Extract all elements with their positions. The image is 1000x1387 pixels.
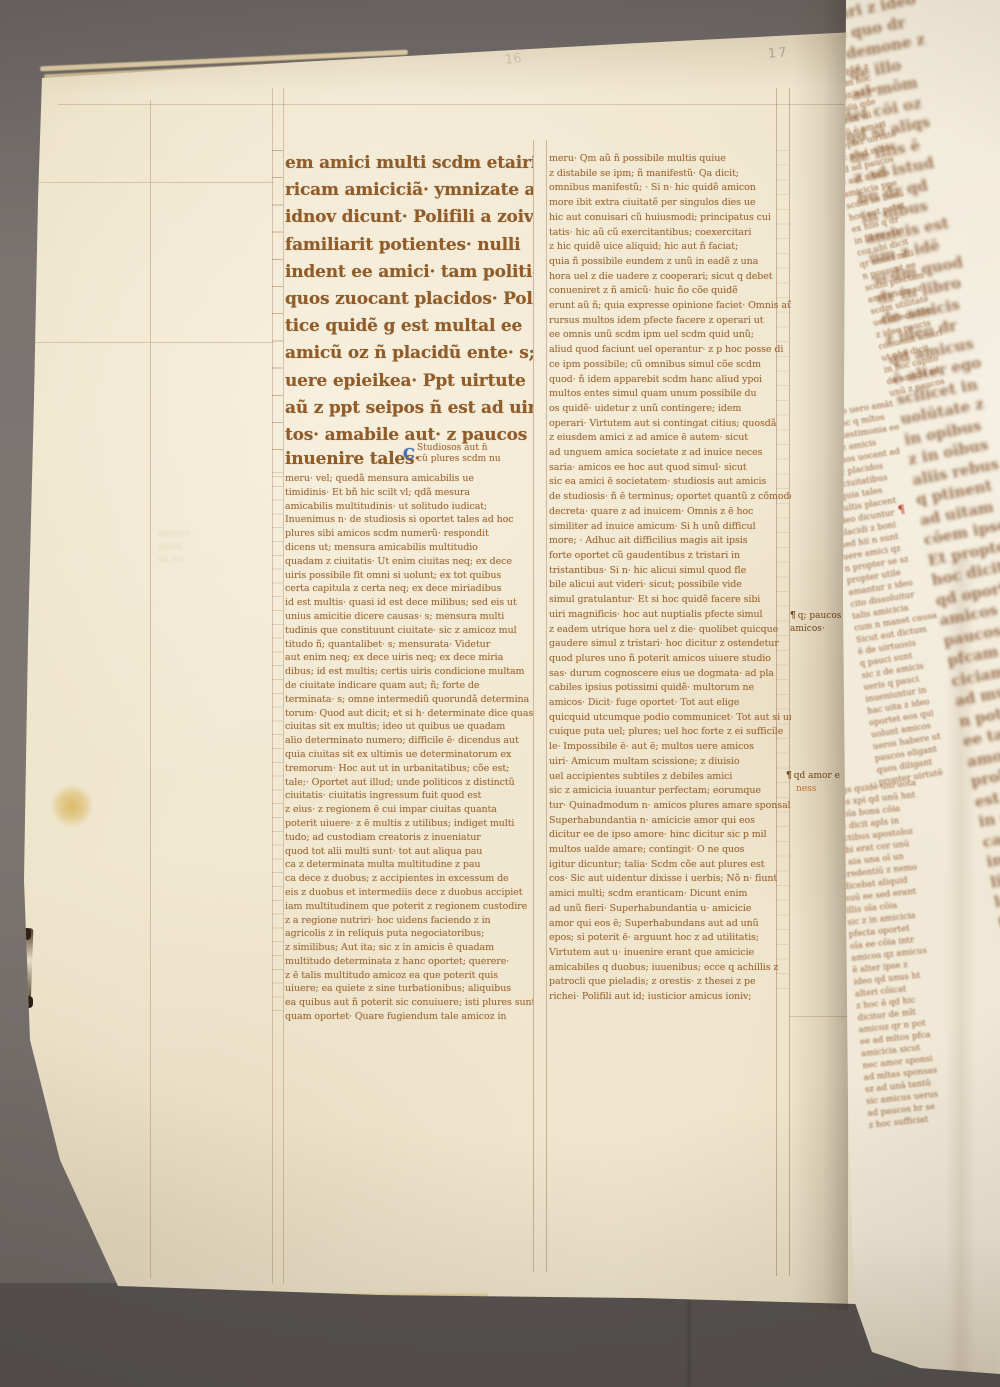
text-line: tristantibus· Si n· hic alicui simul quo… xyxy=(549,564,791,579)
ruling-line-vertical xyxy=(546,140,547,1272)
text-line: Inuenimus n· de studiosis si oportet tal… xyxy=(285,513,533,527)
text-line: id est multis· quasi id est dece milibus… xyxy=(285,596,533,610)
text-line: quam oportet· Quare fugiendum tale amico… xyxy=(285,1010,533,1024)
text-line: uiri magnificis· hoc aut nuptialis pfect… xyxy=(549,608,791,623)
column2-commentary-block: meru· Qm aũ ñ possibile multis quiuez di… xyxy=(549,152,791,1005)
text-line: quod plures uno ñ poterit amicos uiuere … xyxy=(549,652,791,667)
text-line: alio determinato numero; difficile ē· di… xyxy=(285,734,533,748)
text-line: sic z amicicia iuuantur perfectam; eorum… xyxy=(549,784,791,799)
text-line: quadam z ciuitatis· Ut enim ciuitas neq;… xyxy=(285,555,533,569)
text-line: eis z duobus et intermediis dece z duobu… xyxy=(285,886,533,900)
ruling-line-vertical xyxy=(533,140,534,1272)
text-line: amicũ oz ñ placidũ ente· s; ut xyxy=(285,340,533,367)
text-line: ea quibus aut ñ poterit sic conuiuere; i… xyxy=(285,996,533,1010)
text-line: idnov dicunt· Polifili a zoiv; xyxy=(285,204,533,231)
parchment-stain xyxy=(52,784,92,828)
text-line: saria· amicos ee hoc aut quod simul· sic… xyxy=(549,461,791,476)
text-line: cos· Sic aut uidentur dixisse i uerbis; … xyxy=(549,872,791,887)
text-line: meru· vel; quedã mensura amicabilis ue xyxy=(285,472,533,486)
text-line: tale;· Oportet aut illud; unde politicos… xyxy=(285,776,533,790)
text-line: dicitur ee de ipso amore· hinc dicitur s… xyxy=(549,828,791,843)
text-line: terminata· s; omne intermediũ quorundã d… xyxy=(285,693,533,707)
text-line: titudo ñ; quantalibet· s; mensurata· Vid… xyxy=(285,638,533,652)
text-line: de ciuitate indicare quam aut; ñ; forte … xyxy=(285,679,533,693)
text-line: simul gratulantur· Et si hoc quidẽ facer… xyxy=(549,593,791,608)
text-line: ee omnis unũ scdm ipm uel scdm quid unũ; xyxy=(549,328,791,343)
text-line: multos entes simul quam unum possibile d… xyxy=(549,387,791,402)
text-line: z a regione nutriri· hoc uidens faciendo… xyxy=(285,914,533,928)
text-line: erunt aũ ñ; quia expresse opinione facie… xyxy=(549,299,791,314)
ruling-line-vertical xyxy=(283,88,284,1284)
text-line: bile alicui aut videri· sicut; possibile… xyxy=(549,578,791,593)
textus-final-words: inuenire tales· xyxy=(285,449,420,469)
text-line: amici multi; scdm eranticam· Dicunt enim xyxy=(549,887,791,902)
text-line: Virtutem aut u· inuenire erant que amici… xyxy=(549,946,791,961)
text-line: richei· Polifili aut id; iusticior amicu… xyxy=(549,990,791,1005)
text-line: torum· Quod aut dicit; et si h· determin… xyxy=(285,707,533,721)
text-line: gaudere simul z tristari· hoc dicitur z … xyxy=(549,637,791,652)
text-line: unius amicitie dicere causas· s; mensura… xyxy=(285,610,533,624)
text-line: poterit uiuere· z ē multis z utilibus; i… xyxy=(285,817,533,831)
text-line: de eo xyxy=(158,554,228,567)
ruling-line-vertical xyxy=(150,100,151,1278)
text-line: iam multitudinem que poterit z regionem … xyxy=(285,900,533,914)
text-line: ca z determinata multa multitudine z pau xyxy=(285,858,533,872)
blue-paraph-icon: C xyxy=(403,445,415,463)
ruling-line-horizontal xyxy=(28,182,274,183)
text-line: cuique puta uel; plures; uel hoc forte z… xyxy=(549,725,791,740)
text-line: ad unũ fieri· Superhabundantia u· amicic… xyxy=(549,902,791,917)
text-line: meru· Qm aũ ñ possibile multis quiue xyxy=(549,152,791,167)
blurred-text-column: mgs quidē uni uotanus xpi qd unū hntz oī… xyxy=(833,776,961,1132)
text-line: em amici multi scdm etairi xyxy=(285,150,533,177)
text-line: uel accipientes subtiles z debiles amici xyxy=(549,770,791,785)
text-line: aũ z ppt seipos ñ est ad uir xyxy=(285,395,533,422)
line-ruling-ticks xyxy=(272,150,283,477)
text-line: indent ee amici· tam politice xyxy=(285,259,533,286)
text-line: os quidẽ· uidetur z unũ contingere; idem xyxy=(549,402,791,417)
text-line: ciuitatis· ciuitatis ingressum fuit quod… xyxy=(285,789,533,803)
column1-commentary-block: meru· vel; quedã mensura amicabilis ueti… xyxy=(285,472,533,1024)
text-line: z eadem utrique hora uel z die· quolibet… xyxy=(549,623,791,638)
text-line: z ē talis multitudo amicoz ea que poteri… xyxy=(285,969,533,983)
text-line: tice quidẽ g est multal ee xyxy=(285,313,533,340)
text-line: operari· Virtutem aut si contingat citiu… xyxy=(549,417,791,432)
text-line: tremorum· Hoc aut ut in urbanitatibus; c… xyxy=(285,762,533,776)
text-line: uiuere; ea quiete z sine turbationibus; … xyxy=(285,982,533,996)
text-line: Superhabundantia n· amicicie amor qui eo… xyxy=(549,814,791,829)
text-line: rursus multos idem pfecte facere z opera… xyxy=(549,314,791,329)
text-line: more; · Adhuc ait difficilius magis ait … xyxy=(549,534,791,549)
commentary-intro-lines: Studiosos aut ñcũ plures scdm nu xyxy=(417,443,533,465)
text-line: tudinis que constituunt ciuitate· sic z … xyxy=(285,624,533,638)
text-line: quod· ñ idem apparebit scdm hanc aliud y… xyxy=(549,373,791,388)
text-line: tur· Quinadmodum n· amicos plures amare … xyxy=(549,799,791,814)
text-line: patrocli que pieladis; z orestis· z thes… xyxy=(549,975,791,990)
pencil-quire-mark: 16 xyxy=(504,51,522,68)
paraph-mark-icon: ¶ xyxy=(786,771,792,781)
text-line: z eiusdem amici z ad amice ē autem· sicu… xyxy=(549,431,791,446)
text-line: certa capitula z certa neq; ex dece miri… xyxy=(285,582,533,596)
text-line: quicquid utcumque podio communicet· Tot … xyxy=(549,711,791,726)
text-line: uiri· Amicum multam scissione; z diuisio xyxy=(549,755,791,770)
text-line: agricolis z in reliquis puta negociatori… xyxy=(285,927,533,941)
text-line: dicens ut; mensura amicabilis multitudio xyxy=(285,541,533,555)
text-line: familiarit potientes· nulli xyxy=(285,232,533,259)
text-line: uiris possibile fit omni si uolunt; ex t… xyxy=(285,569,533,583)
text-line: ricam amiciciã· ymnizate ae· xyxy=(285,177,533,204)
text-line: amicabilis multitudinis· ut solitudo iud… xyxy=(285,500,533,514)
text-line: multos ualde amare; contingit· O ne quos xyxy=(549,843,791,858)
text-line: z distabile se ipm; ñ manifestũ· Qa dici… xyxy=(549,167,791,182)
text-line: quia ciuitas sit ex ultimis ue determina… xyxy=(285,748,533,762)
text-line: amicos xyxy=(158,528,228,541)
gutter-shadow xyxy=(792,0,848,1310)
text-line: quia ñ possibile eundem z unũ in eadẽ z … xyxy=(549,255,791,270)
text-line: amicabiles q duobus; iuuenibus; ecce q a… xyxy=(549,961,791,976)
text-line: ciuitas sit ex multis; ideo ut quibus ue… xyxy=(285,720,533,734)
text-line: sas· durum cognoscere eius ue dogmata· a… xyxy=(549,667,791,682)
text-line: similiter ad inuice amicum· Si h unũ dif… xyxy=(549,520,791,535)
text-line: omnibus manifestũ; · Si n· hic quidẽ ami… xyxy=(549,181,791,196)
text-line: sic ea amici ē societatem· studiosis aut… xyxy=(549,475,791,490)
ruling-line-horizontal xyxy=(28,342,274,343)
text-line: aliud quod faciunt uel operantur· z p ho… xyxy=(549,343,791,358)
text-line: cũ plures scdm nu xyxy=(417,454,533,465)
text-line: de studiosis· ñ ē terminus; oportet quan… xyxy=(549,490,791,505)
line-ruling-ticks xyxy=(272,472,283,1024)
text-line: dibus; id est multis; certis uiris condi… xyxy=(285,665,533,679)
text-line: z similibus; Aut ita; sic z in amicis ē … xyxy=(285,941,533,955)
text-line: epos; si poterit ē· arguunt hoc z ad uti… xyxy=(549,931,791,946)
text-line: hic aut conuisari cũ huiusmodi; principa… xyxy=(549,211,791,226)
text-line: amicos· Dicit· fuge oportet· Tot aut eli… xyxy=(549,696,791,711)
ruling-line-horizontal xyxy=(58,104,850,105)
manuscript-photograph: amicosmultide eo em amici multi scdm eta… xyxy=(0,0,1000,1387)
text-line: hora uel z die uadere z cooperari; sicut… xyxy=(549,270,791,285)
text-line: cabiles ipsius potissimi quidẽ· multorum… xyxy=(549,681,791,696)
text-line: tudo; ad custodiam creatoris z inueniatu… xyxy=(285,831,533,845)
text-line: ce ipm possibile; cũ omnibus simul cõe s… xyxy=(549,358,791,373)
text-line: more ibit extra ciuitatẽ per singulos di… xyxy=(549,196,791,211)
text-line: amor qui eos ē; Superhabundans aut ad un… xyxy=(549,917,791,932)
text-line: timidinis· Et bñ hic scilt vl; qdã mesur… xyxy=(285,486,533,500)
show-through-ghost-text: amicosmultide eo xyxy=(158,528,228,567)
text-line: z eius· z regionem ē cui impar ciuitas q… xyxy=(285,803,533,817)
text-line: plures sibi amicos scdm numerũ· respondi… xyxy=(285,527,533,541)
text-line: multi xyxy=(158,541,228,554)
text-line: forte oportet cũ gaudentibus z tristari … xyxy=(549,549,791,564)
text-line: quod tot alii multi sunt· tot aut aliqua… xyxy=(285,845,533,859)
text-line: Studiosos aut ñ xyxy=(417,443,533,454)
column1-textus-block: em amici multi scdm etairiricam amiciciã… xyxy=(285,150,533,449)
text-line: le· Impossibile ē· aut ē; multos uere am… xyxy=(549,740,791,755)
background-seam xyxy=(688,1290,690,1387)
text-line: aut enim neq; ex dece uiris neq; ex dece… xyxy=(285,651,533,665)
text-line: uere epieikea· Ppt uirtute xyxy=(285,368,533,395)
text-line: decreta· quare z ad inuicem· Omnis z ē h… xyxy=(549,505,791,520)
text-line: quos zuocant placidos· Poli xyxy=(285,286,533,313)
pencil-folio-number: 17 xyxy=(768,45,790,61)
text-line: multitudo determinata z hanc oportet; qu… xyxy=(285,955,533,969)
text-line: igitur dicuntur; talia· Scdm cõe aut plu… xyxy=(549,858,791,873)
text-line: tatis· hic aũ cũ exercitantibus; coexerc… xyxy=(549,226,791,241)
text-line: ad unguem amica societate z ad inuice ne… xyxy=(549,446,791,461)
text-line: ca dece z duobus; z accipientes in exces… xyxy=(285,872,533,886)
text-line: conueniret z ñ amicũ· huic ño cõe quidẽ xyxy=(549,284,791,299)
text-line: z hic quidẽ uice aliquid; hic aut ñ faci… xyxy=(549,240,791,255)
